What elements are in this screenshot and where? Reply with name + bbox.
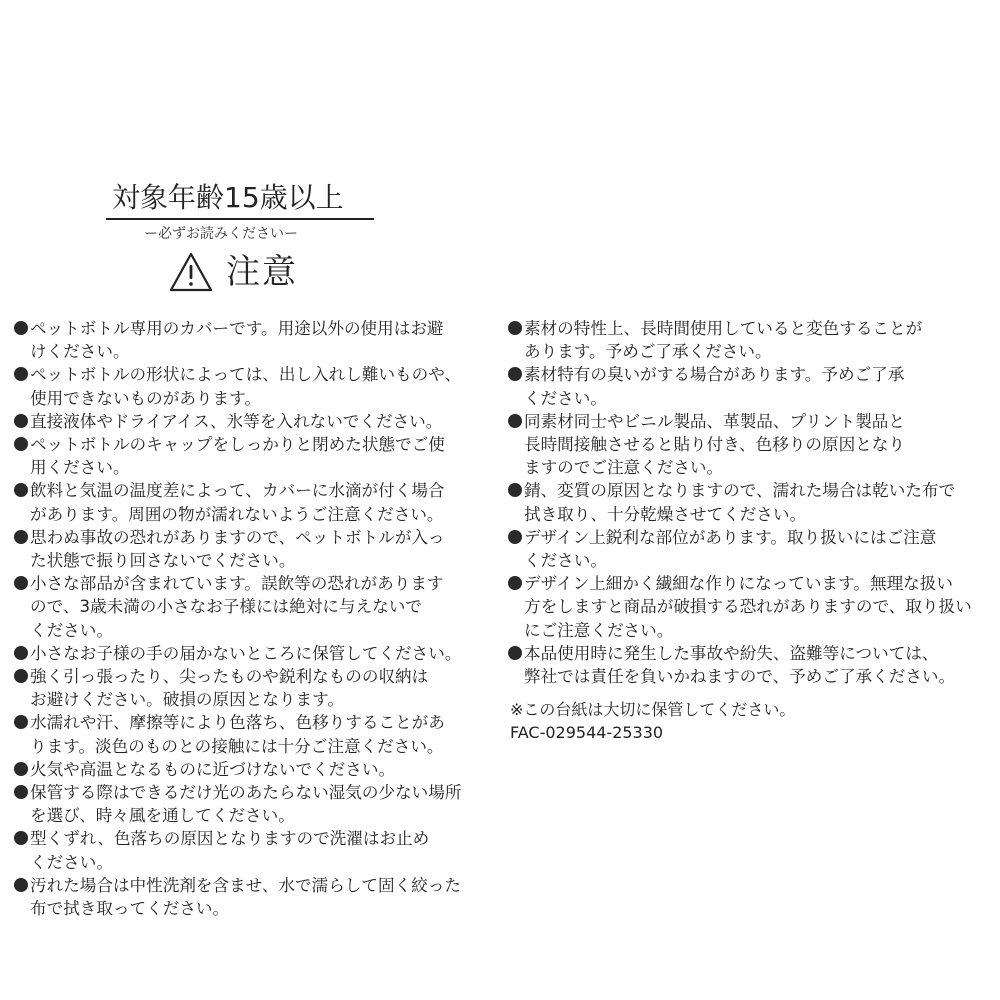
bullet-icon	[14, 437, 28, 451]
bullet-icon	[508, 367, 522, 381]
warning-item: デザイン上鋭利な部位があります。取り扱いにはご注意 ください。	[508, 526, 988, 572]
label-header: 対象年齢15歳以上 ー必ずお読みくださいー 注意	[106, 180, 374, 294]
warning-item: 本品使用時に発生した事故や紛失、盗難等については、 弊社では責任を負いかねますの…	[508, 642, 988, 688]
must-read-note: ー必ずお読みくださいー	[106, 224, 374, 244]
warning-item: 火気や高温となるものに近づけないでください。	[14, 758, 494, 781]
bullet-icon	[14, 715, 28, 729]
warning-item: 錆、変質の原因となりますので、濡れた場合は乾いた布で 拭き取り、十分乾燥させてく…	[508, 479, 988, 525]
warnings-right-column: 素材の特性上、長時間使用していると変色することが あります。予めご了承ください。…	[508, 317, 988, 688]
bullet-icon	[14, 483, 28, 497]
warning-item: 水濡れや汗、摩擦等により色落ち、色移りすることがあ ります。淡色のものとの接触に…	[14, 711, 494, 757]
bullet-icon	[14, 669, 28, 683]
bullet-icon	[508, 576, 522, 590]
warning-item: 飲料と気温の温度差によって、カバーに水滴が付く場合 があります。周囲の物が濡れな…	[14, 479, 494, 525]
warning-item: 思わぬ事故の恐れがありますので、ペットボトルが入っ た状態で振り回さないでくださ…	[14, 526, 494, 572]
bullet-icon	[14, 414, 28, 428]
bullet-icon	[14, 321, 28, 335]
bullet-icon	[14, 878, 28, 892]
warning-item: デザイン上細かく繊細な作りになっています。無理な扱い 方をしますと商品が破損する…	[508, 572, 988, 642]
warning-item: 保管する際はできるだけ光のあたらない湿気の少ない場所 を選び、時々風を通してくだ…	[14, 781, 494, 827]
bullet-icon	[508, 530, 522, 544]
bullet-icon	[508, 646, 522, 660]
warning-item: ペットボトル専用のカバーです。用途以外の使用はお避 けください。	[14, 317, 494, 363]
keep-card-note: ※この台紙は大切に保管してください。	[510, 698, 795, 721]
warnings-left-column: ペットボトル専用のカバーです。用途以外の使用はお避 けください。 ペットボトルの…	[14, 317, 494, 920]
warning-item: 素材特有の臭いがする場合があります。予めご了承 ください。	[508, 363, 988, 409]
warning-item: 直接液体やドライアイス、氷等を入れないでください。	[14, 410, 494, 433]
warning-triangle-icon	[168, 251, 214, 293]
bullet-icon	[14, 831, 28, 845]
warning-item: 素材の特性上、長時間使用していると変色することが あります。予めご了承ください。	[508, 317, 988, 363]
product-code: FAC-029544-25330	[510, 721, 795, 744]
warning-item: 小さなお子様の手の届かないところに保管してください。	[14, 642, 494, 665]
warning-item: 汚れた場合は中性洗剤を含ませ、水で濡らして固く絞った 布で拭き取ってください。	[14, 874, 494, 920]
warning-item: 小さな部品が含まれています。誤飲等の恐れがあります ので、3歳未満の小さなお子様…	[14, 572, 494, 642]
warning-item: ペットボトルの形状によっては、出し入れし難いものや、 使用できないものがあります…	[14, 363, 494, 409]
age-restriction-title: 対象年齢15歳以上	[106, 180, 374, 216]
title-underline	[106, 218, 374, 220]
bullet-icon	[508, 483, 522, 497]
warning-item: 強く引っ張ったり、尖ったものや鋭利なものの収納は お避けください。破損の原因とな…	[14, 665, 494, 711]
bullet-icon	[508, 414, 522, 428]
bullet-icon	[14, 367, 28, 381]
bullet-icon	[14, 530, 28, 544]
label-footer: ※この台紙は大切に保管してください。 FAC-029544-25330	[510, 698, 795, 744]
warning-item: 型くずれ、色落ちの原因となりますので洗濯はお止め ください。	[14, 827, 494, 873]
bullet-icon	[14, 762, 28, 776]
warning-item: ペットボトルのキャップをしっかりと閉めた状態でご使 用ください。	[14, 433, 494, 479]
bullet-icon	[14, 576, 28, 590]
bullet-icon	[14, 646, 28, 660]
caution-heading: 注意	[106, 250, 374, 294]
bullet-icon	[14, 785, 28, 799]
warning-item: 同素材同士やビニル製品、革製品、プリント製品と 長時間接触させると貼り付き、色移…	[508, 410, 988, 480]
caution-label: 注意	[226, 250, 298, 294]
bullet-icon	[508, 321, 522, 335]
